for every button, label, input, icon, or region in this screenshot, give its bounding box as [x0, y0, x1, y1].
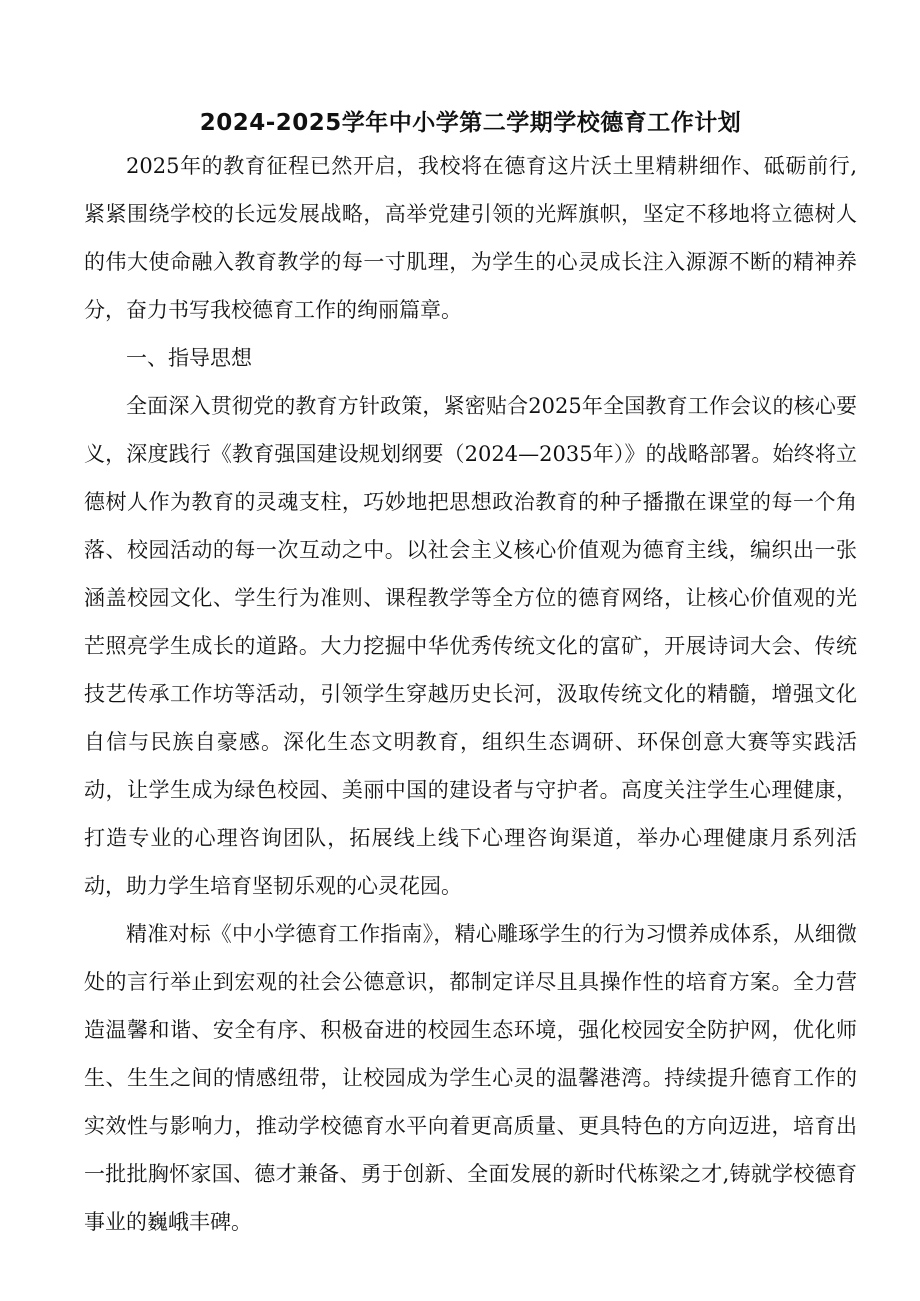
intro-paragraph: 2025年的教育征程已然开启，我校将在德育这片沃土里精耕细作、砥砺前行,紧紧围绕…	[84, 142, 857, 334]
guiding-thought-paragraph: 全面深入贯彻党的教育方针政策，紧密贴合2025年全国教育工作会议的核心要义，深度…	[84, 382, 857, 910]
document-page: 2024-2025学年中小学第二学期学校德育工作计划 2025年的教育征程已然开…	[0, 0, 920, 1301]
implementation-paragraph: 精准对标《中小学德育工作指南》，精心雕琢学生的行为习惯养成体系，从细微处的言行举…	[84, 910, 857, 1246]
section-heading-guiding-thought: 一、指导思想	[84, 334, 857, 382]
document-title: 2024-2025学年中小学第二学期学校德育工作计划	[84, 104, 857, 142]
